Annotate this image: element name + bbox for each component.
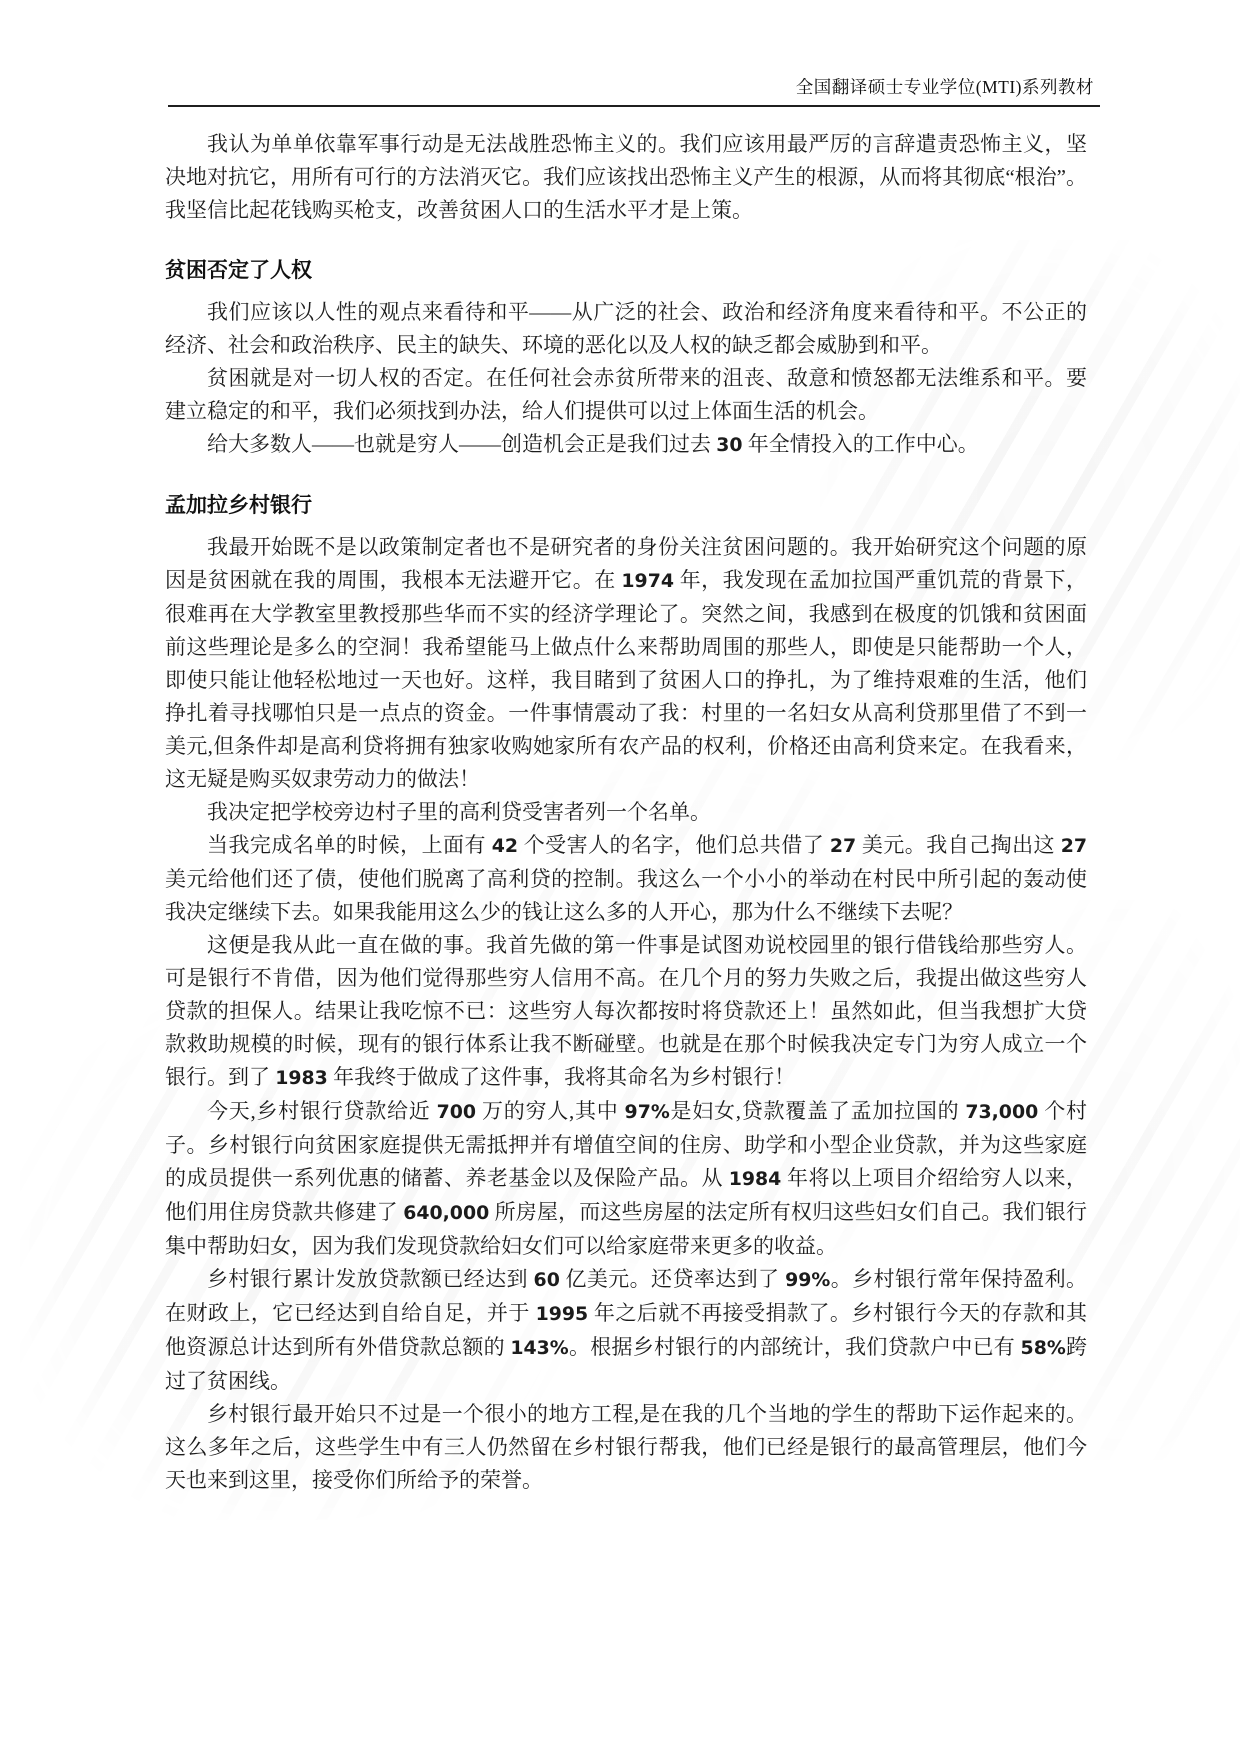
paragraph: 我们应该以人性的观点来看待和平——从广泛的社会、政治和经济角度来看待和平。不公正… (165, 296, 1087, 362)
document-page: 全国翻译硕士专业学位(MTI)系列教材 我认为单单依靠军事行动是无法战胜恐怖主义… (0, 0, 1240, 1754)
paragraph: 贫困就是对一切人权的否定。在任何社会赤贫所带来的沮丧、敌意和愤怒都无法维系和平。… (165, 362, 1087, 428)
section-heading-poverty-human-rights: 贫困否定了人权 (165, 254, 1087, 287)
paragraph: 这便是我从此一直在做的事。我首先做的第一件事是试图劝说校园里的银行借钱给那些穷人… (165, 929, 1087, 1095)
header-rule (168, 105, 1100, 107)
paragraph: 我决定把学校旁边村子里的高利贷受害者列一个名单。 (165, 796, 1087, 829)
paragraph: 我最开始既不是以政策制定者也不是研究者的身份关注贫困问题的。我开始研究这个问题的… (165, 531, 1087, 796)
page-header-title: 全国翻译硕士专业学位(MTI)系列教材 (168, 74, 1094, 99)
paragraph: 当我完成名单的时候，上面有 42 个受害人的名字，他们总共借了 27 美元。我自… (165, 829, 1087, 929)
paragraph: 今天,乡村银行贷款给近 700 万的穷人,其中 97%是妇女,贷款覆盖了孟加拉国… (165, 1095, 1087, 1263)
paragraph: 乡村银行最开始只不过是一个很小的地方工程,是在我的几个当地的学生的帮助下运作起来… (165, 1398, 1087, 1497)
paragraph: 给大多数人——也就是穷人——创造机会正是我们过去 30 年全情投入的工作中心。 (165, 428, 1087, 462)
paragraph: 我认为单单依靠军事行动是无法战胜恐怖主义的。我们应该用最严厉的言辞遣责恐怖主义，… (165, 128, 1087, 227)
document-body: 我认为单单依靠军事行动是无法战胜恐怖主义的。我们应该用最严厉的言辞遣责恐怖主义，… (165, 128, 1087, 1497)
section-heading-grameen-bank: 孟加拉乡村银行 (165, 489, 1087, 522)
paragraph: 乡村银行累计发放贷款额已经达到 60 亿美元。还贷率达到了 99%。乡村银行常年… (165, 1263, 1087, 1398)
